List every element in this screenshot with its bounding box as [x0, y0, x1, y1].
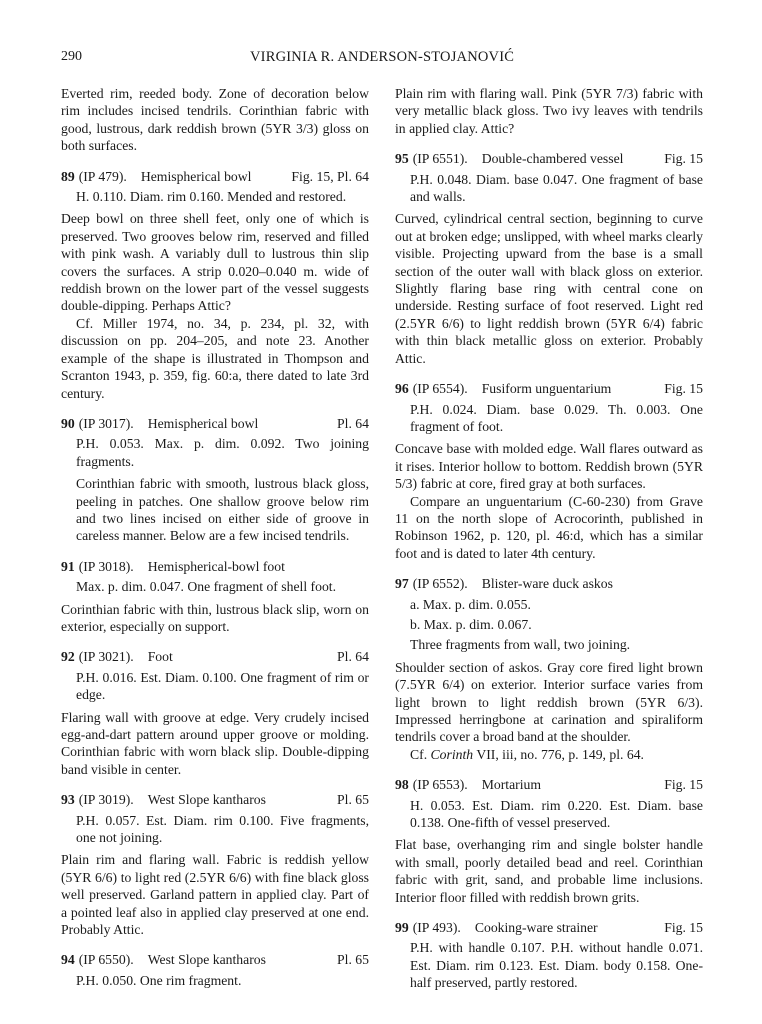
entry-number: 89 — [61, 169, 75, 184]
comparison-prefix: Cf. — [410, 747, 427, 762]
entry-title: Hemispherical bowl — [141, 169, 252, 184]
figure-reference: Fig. 15 — [664, 776, 703, 793]
entry-description: Flat base, overhanging rim and single bo… — [395, 836, 703, 906]
entry-number: 90 — [61, 416, 75, 431]
catalogue-entry-99: 99(IP 493).Cooking-ware strainer Fig. 15… — [395, 919, 703, 992]
catalogue-entry-91: 91(IP 3018).Hemispherical-bowl foot Max.… — [61, 558, 369, 636]
entry-number: 91 — [61, 559, 75, 574]
entry-dimensions: H. 0.053. Est. Diam. rim 0.220. Est. Dia… — [395, 797, 703, 832]
figure-reference: Fig. 15 — [664, 150, 703, 167]
entry-number: 92 — [61, 649, 75, 664]
entry-dimensions: P.H. 0.050. One rim fragment. — [61, 972, 369, 989]
inventory-number: (IP 479). — [79, 169, 127, 184]
entry-description: Corinthian fabric with thin, lustrous bl… — [61, 601, 369, 636]
inventory-number: (IP 6554). — [413, 381, 468, 396]
entry-dimensions: P.H. 0.024. Diam. base 0.029. Th. 0.003.… — [395, 401, 703, 436]
entry-dimensions: Max. p. dim. 0.047. One fragment of shel… — [61, 578, 369, 595]
entry-heading: 95(IP 6551).Double-chambered vessel Fig.… — [395, 150, 703, 167]
entry-title: Mortarium — [482, 777, 541, 792]
entry-title: Hemispherical bowl — [148, 416, 259, 431]
entry-number: 94 — [61, 952, 75, 967]
figure-reference: Fig. 15 — [664, 380, 703, 397]
entry-number: 93 — [61, 792, 75, 807]
inventory-number: (IP 493). — [413, 920, 461, 935]
entry-title: Blister-ware duck askos — [482, 576, 613, 591]
entry-description: Shoulder section of askos. Gray core fir… — [395, 659, 703, 746]
entry-heading: 98(IP 6553).Mortarium Fig. 15 — [395, 776, 703, 793]
entry-heading: 89(IP 479).Hemispherical bowl Fig. 15, P… — [61, 168, 369, 185]
inventory-number: (IP 6553). — [413, 777, 468, 792]
entry-heading: 94(IP 6550).West Slope kantharos Pl. 65 — [61, 951, 369, 968]
catalogue-entry-98: 98(IP 6553).Mortarium Fig. 15 H. 0.053. … — [395, 776, 703, 906]
entry-number: 99 — [395, 920, 409, 935]
entry-dimensions-b: b. Max. p. dim. 0.067. — [395, 616, 703, 633]
entry-description: Corinthian fabric with smooth, lustrous … — [61, 475, 369, 545]
entry-fragments: Three fragments from wall, two joining. — [395, 636, 703, 653]
entry-description: Concave base with molded edge. Wall flar… — [395, 440, 703, 492]
figure-reference: Fig. 15, Pl. 64 — [291, 168, 369, 185]
entry-description: Deep bowl on three shell feet, only one … — [61, 210, 369, 314]
entry-title: West Slope kantharos — [148, 792, 266, 807]
entry-number: 97 — [395, 576, 409, 591]
entry-heading: 91(IP 3018).Hemispherical-bowl foot — [61, 558, 369, 575]
entry-dimensions: P.H. 0.048. Diam. base 0.047. One fragme… — [395, 171, 703, 206]
inventory-number: (IP 3021). — [79, 649, 134, 664]
running-head: VIRGINIA R. ANDERSON-STOJANOVIĆ — [250, 49, 514, 66]
continuation-paragraph: Everted rim, reeded body. Zone of decora… — [61, 85, 369, 155]
entry-dimensions: P.H. 0.016. Est. Diam. 0.100. One fragme… — [61, 669, 369, 704]
entry-dimensions: P.H. 0.057. Est. Diam. rim 0.100. Five f… — [61, 812, 369, 847]
entry-comparison: Cf. Corinth VII, iii, no. 776, p. 149, p… — [395, 746, 703, 763]
entry-title: Double-chambered vessel — [482, 151, 624, 166]
figure-reference: Pl. 65 — [337, 791, 369, 808]
figure-reference: Pl. 64 — [337, 415, 369, 432]
entry-title: Foot — [148, 649, 173, 664]
inventory-number: (IP 3018). — [79, 559, 134, 574]
figure-reference: Pl. 65 — [337, 951, 369, 968]
right-column: Plain rim with flaring wall. Pink (5YR 7… — [395, 85, 703, 992]
inventory-number: (IP 3019). — [79, 792, 134, 807]
catalogue-entry-94: 94(IP 6550).West Slope kantharos Pl. 65 … — [61, 951, 369, 989]
entry-heading: 90(IP 3017).Hemispherical bowl Pl. 64 — [61, 415, 369, 432]
inventory-number: (IP 6552). — [413, 576, 468, 591]
catalogue-entry-96: 96(IP 6554).Fusiform unguentarium Fig. 1… — [395, 380, 703, 562]
inventory-number: (IP 6550). — [79, 952, 134, 967]
entry-title: Fusiform unguentarium — [482, 381, 612, 396]
entry-title: Cooking-ware strainer — [475, 920, 598, 935]
catalogue-entry-90: 90(IP 3017).Hemispherical bowl Pl. 64 P.… — [61, 415, 369, 545]
entry-dimensions: P.H. 0.053. Max. p. dim. 0.092. Two join… — [61, 435, 369, 470]
catalogue-entry-95: 95(IP 6551).Double-chambered vessel Fig.… — [395, 150, 703, 367]
figure-reference: Pl. 64 — [337, 648, 369, 665]
catalogue-entry-93: 93(IP 3019).West Slope kantharos Pl. 65 … — [61, 791, 369, 938]
continuation-paragraph: Plain rim with flaring wall. Pink (5YR 7… — [395, 85, 703, 137]
entry-description: Plain rim and flaring wall. Fabric is re… — [61, 851, 369, 938]
entry-heading: 97(IP 6552).Blister-ware duck askos — [395, 575, 703, 592]
entry-number: 98 — [395, 777, 409, 792]
entry-heading: 99(IP 493).Cooking-ware strainer Fig. 15 — [395, 919, 703, 936]
catalogue-entry-89: 89(IP 479).Hemispherical bowl Fig. 15, P… — [61, 168, 369, 402]
catalogue-entry-92: 92(IP 3021).Foot Pl. 64 P.H. 0.016. Est.… — [61, 648, 369, 778]
entry-comparison: Compare an unguentarium (C-60-230) from … — [395, 493, 703, 563]
entry-title: West Slope kantharos — [148, 952, 266, 967]
entry-description: Curved, cylindrical central section, beg… — [395, 210, 703, 367]
entry-description: Flaring wall with groove at edge. Very c… — [61, 709, 369, 779]
left-column: Everted rim, reeded body. Zone of decora… — [61, 85, 369, 989]
entry-heading: 93(IP 3019).West Slope kantharos Pl. 65 — [61, 791, 369, 808]
entry-dimensions: H. 0.110. Diam. rim 0.160. Mended and re… — [61, 188, 369, 205]
comparison-reference: VII, iii, no. 776, p. 149, pl. 64. — [476, 747, 644, 762]
entry-title: Hemispherical-bowl foot — [148, 559, 285, 574]
comparison-series-title: Corinth — [431, 747, 474, 762]
entry-heading: 92(IP 3021).Foot Pl. 64 — [61, 648, 369, 665]
entry-number: 95 — [395, 151, 409, 166]
entry-dimensions: P.H. with handle 0.107. P.H. without han… — [395, 939, 703, 991]
catalogue-entry-97: 97(IP 6552).Blister-ware duck askos a. M… — [395, 575, 703, 763]
entry-number: 96 — [395, 381, 409, 396]
figure-reference: Fig. 15 — [664, 919, 703, 936]
entry-dimensions-a: a. Max. p. dim. 0.055. — [395, 596, 703, 613]
inventory-number: (IP 6551). — [413, 151, 468, 166]
entry-heading: 96(IP 6554).Fusiform unguentarium Fig. 1… — [395, 380, 703, 397]
inventory-number: (IP 3017). — [79, 416, 134, 431]
entry-comparison: Cf. Miller 1974, no. 34, p. 234, pl. 32,… — [61, 315, 369, 402]
page-number: 290 — [61, 49, 82, 65]
